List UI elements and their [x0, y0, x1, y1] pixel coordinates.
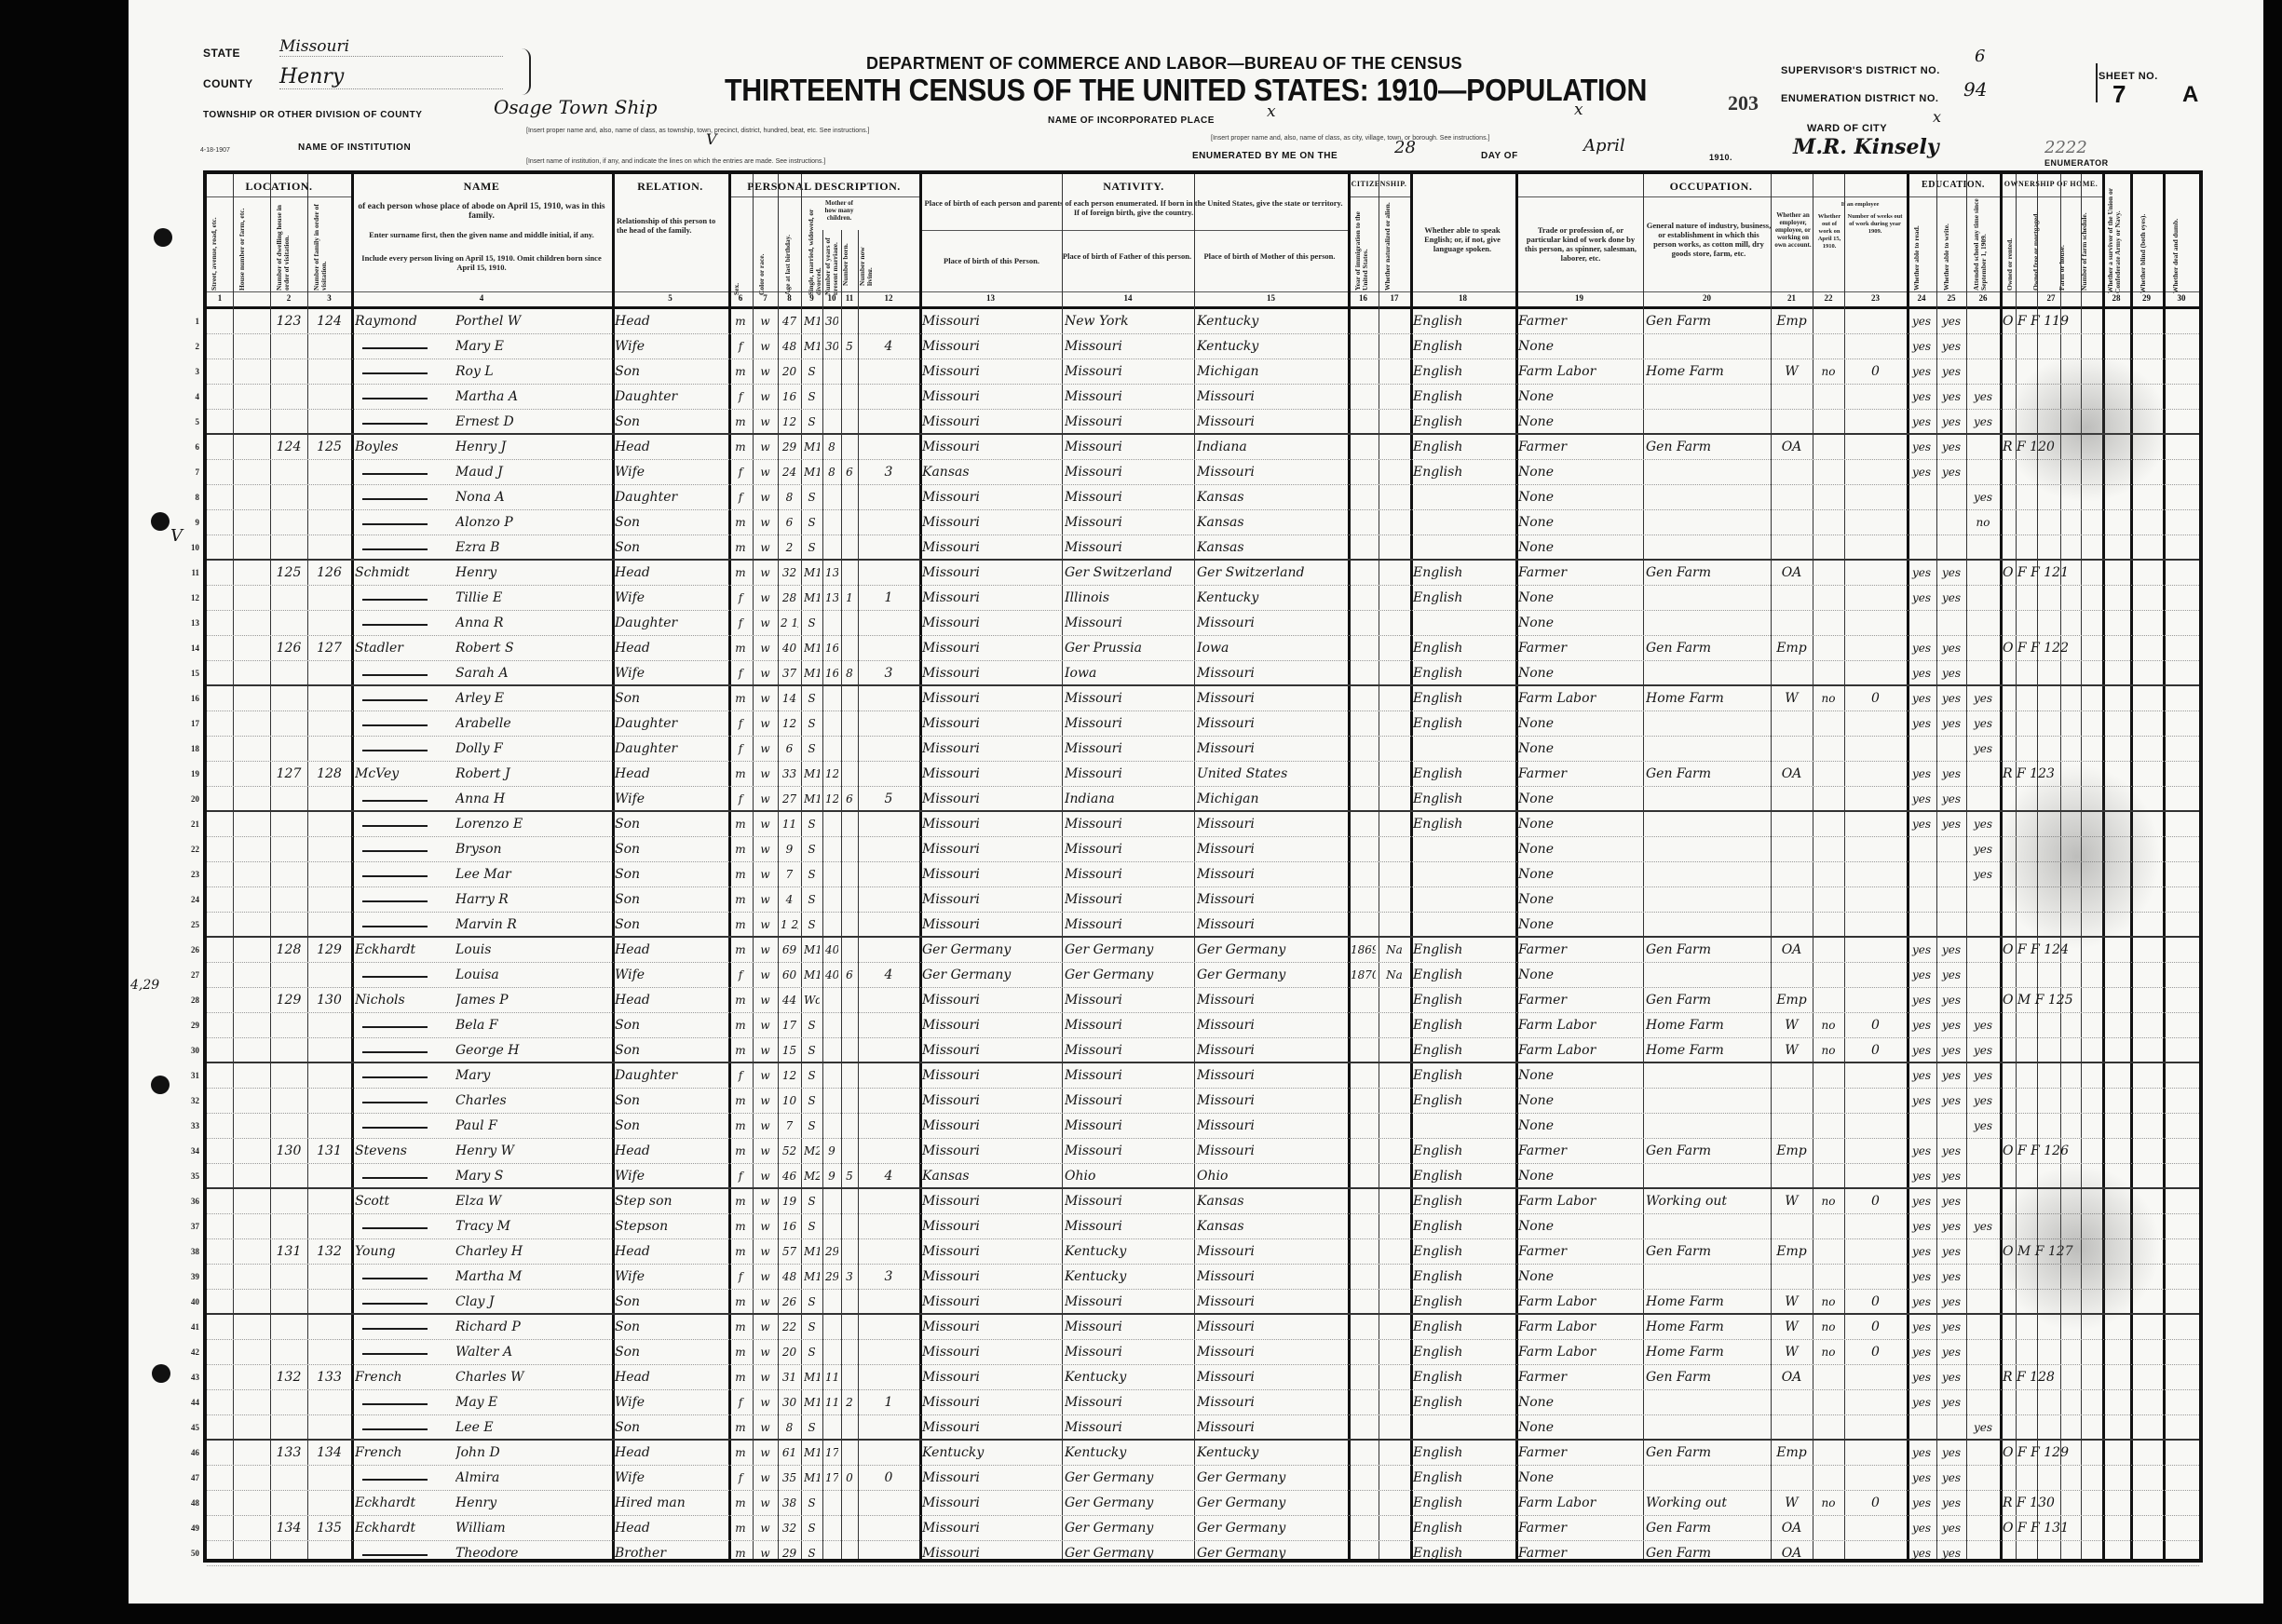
given-name: Nona A [455, 485, 609, 510]
cell-eng: English [1413, 410, 1513, 435]
cell-bf: Ger Switzerland [1065, 561, 1191, 586]
cell-race: w [755, 1415, 775, 1441]
cell-bm: Missouri [1197, 1265, 1345, 1290]
blind-header: Whether blind (both eyes). [2139, 182, 2158, 293]
table-row: 45Lee ESonmw8SMissouriMissouriMissouriNo… [207, 1415, 2199, 1441]
cell-bf: Kentucky [1065, 1265, 1191, 1290]
cell-age: 24 [781, 460, 798, 485]
cell-rel: Son [615, 1013, 726, 1038]
line-number: 21 [177, 812, 199, 837]
cell-rel: Son [615, 1315, 726, 1340]
cell-rd: yes [1909, 586, 1934, 611]
cell-bp: Missouri [922, 837, 1059, 862]
cell-mar: M1 [804, 586, 820, 611]
cell-trade: None [1518, 862, 1640, 887]
state-label: State [203, 47, 240, 60]
cell-rd: yes [1909, 988, 1934, 1013]
cell-age: 22 [781, 1315, 798, 1340]
cell-mar: S [804, 611, 820, 636]
punch-hole [152, 1364, 170, 1383]
cell-race: w [755, 1365, 775, 1390]
cell-bf: Ohio [1065, 1164, 1191, 1189]
cell-mar: S [804, 1415, 820, 1441]
cell-yrs: 29 [825, 1239, 838, 1265]
cell-trade: None [1518, 611, 1640, 636]
cell-eng: English [1413, 1516, 1513, 1541]
cell-dw: 123 [273, 309, 305, 334]
dwelling-number-header: Number of dwelling house in order of vis… [276, 197, 296, 291]
column-number: 20 [1643, 293, 1771, 303]
cell-age: 8 [781, 485, 798, 510]
line-number: 16 [177, 686, 199, 711]
cell-own: R F 130 [2003, 1491, 2099, 1516]
cell-race: w [755, 1516, 775, 1541]
cell-wr: yes [1939, 1038, 1963, 1063]
cell-bf: Missouri [1065, 762, 1191, 787]
cell-rel: Brother [615, 1541, 726, 1566]
ditto-dash [362, 599, 428, 601]
cell-age: 17 [781, 1013, 798, 1038]
cell-ind: Gen Farm [1646, 309, 1768, 334]
cell-wr: yes [1939, 1466, 1963, 1491]
cell-sex: m [731, 1038, 750, 1063]
cell-yrs: 8 [825, 435, 838, 460]
cell-sex: f [731, 1265, 750, 1290]
cell-ind: Gen Farm [1646, 762, 1768, 787]
column-number: 30 [2163, 293, 2200, 303]
incorporated-hint: [Insert proper name and, also, name of c… [1211, 135, 1489, 142]
line-number: 13 [177, 611, 199, 636]
cell-yrs: 16 [825, 636, 838, 661]
cell-race: w [755, 988, 775, 1013]
surname: Scott [355, 1189, 453, 1214]
cell-emp: Emp [1773, 309, 1810, 334]
cell-mar: S [804, 837, 820, 862]
cell-age: 16 [781, 1214, 798, 1239]
cell-sex: m [731, 1139, 750, 1164]
cell-sch: yes [1969, 1063, 1997, 1089]
cell-bp: Missouri [922, 334, 1059, 359]
cell-ind: Home Farm [1646, 1038, 1768, 1063]
cell-bm: Indiana [1197, 435, 1345, 460]
cell-rel: Daughter [615, 485, 726, 510]
cell-rd: yes [1909, 410, 1934, 435]
cell-bp: Missouri [922, 1089, 1059, 1114]
cell-mar: S [804, 535, 820, 561]
cell-bm: Kansas [1197, 1214, 1345, 1239]
cell-wr: yes [1939, 1214, 1963, 1239]
county-label: County [203, 77, 253, 90]
cell-fam: 135 [310, 1516, 348, 1541]
cell-trade: Farmer [1518, 561, 1640, 586]
ditto-dash [362, 523, 428, 525]
cell-emp: W [1773, 1315, 1810, 1340]
cell-sex: m [731, 862, 750, 887]
cell-rel: Daughter [615, 711, 726, 737]
cell-born: 1 [844, 586, 855, 611]
cell-fam: 131 [310, 1139, 348, 1164]
cell-sex: m [731, 1441, 750, 1466]
cell-bm: United States [1197, 762, 1345, 787]
cell-eng: English [1413, 1063, 1513, 1089]
institution-value: V [706, 130, 717, 148]
cell-fam: 134 [310, 1441, 348, 1466]
cell-race: w [755, 1189, 775, 1214]
cell-rd: yes [1909, 1265, 1934, 1290]
cell-bf: Missouri [1065, 1063, 1191, 1089]
cell-bf: Missouri [1065, 435, 1191, 460]
line-number: 44 [177, 1390, 199, 1415]
cell-age: 31 [781, 1365, 798, 1390]
cell-rd: yes [1909, 309, 1934, 334]
cell-sch [1969, 309, 1997, 334]
group-location: LOCATION. [207, 180, 351, 194]
cell-bf: Missouri [1065, 1038, 1191, 1063]
ditto-dash [362, 1554, 428, 1556]
cell-eng: English [1413, 762, 1513, 787]
cell-yrs: 11 [825, 1390, 838, 1415]
cell-sch: yes [1969, 737, 1997, 762]
ditto-dash [362, 1479, 428, 1481]
line-number: 42 [177, 1340, 199, 1365]
given-name: May E [455, 1390, 609, 1415]
column-number: 6 [728, 293, 753, 303]
cell-race: w [755, 661, 775, 686]
ditto-dash [362, 850, 428, 852]
cell-ind: Home Farm [1646, 1340, 1768, 1365]
cell-race: w [755, 837, 775, 862]
ditto-dash [362, 1051, 428, 1053]
given-name: Henry [455, 561, 609, 586]
enumerated-day: 28 [1394, 138, 1416, 157]
enumerated-month: April [1583, 136, 1625, 156]
cell-trade: Farm Labor [1518, 686, 1640, 711]
cell-fam: 133 [310, 1365, 348, 1390]
given-name: Henry W [455, 1139, 609, 1164]
line-number: 23 [177, 862, 199, 887]
cell-bm: Ohio [1197, 1164, 1345, 1189]
cell-bm: Missouri [1197, 1139, 1345, 1164]
cell-rel: Head [615, 1516, 726, 1541]
cell-liv: 0 [861, 1466, 917, 1491]
cell-emp: OA [1773, 1365, 1810, 1390]
group-nativity: NATIVITY. [919, 180, 1348, 194]
out-of-work-header: Whether out of work on April 15, 1910. [1815, 213, 1843, 250]
cell-sex: f [731, 611, 750, 636]
cell-race: w [755, 1063, 775, 1089]
cell-age: 44 [781, 988, 798, 1013]
cell-sex: f [731, 661, 750, 686]
cell-yrs: 8 [825, 460, 838, 485]
cell-wk: 0 [1847, 1315, 1904, 1340]
cell-bp: Missouri [922, 1139, 1059, 1164]
form-code: 4-18-1907 [200, 147, 230, 154]
free-mortgaged-header: Owned free or mortgaged. [2032, 197, 2047, 291]
cell-bp: Missouri [922, 1013, 1059, 1038]
employer-header: Whether an employer, employee, or workin… [1774, 211, 1812, 249]
cell-bp: Missouri [922, 611, 1059, 636]
sheet-divider [2096, 63, 2098, 102]
census-rows: 1123124RaymondPorthel WHeadmw47M130Misso… [207, 309, 2199, 1559]
given-name: Harry R [455, 887, 609, 913]
table-row: 32CharlesSonmw10SMissouriMissouriMissour… [207, 1089, 2199, 1114]
cell-age: 6 [781, 737, 798, 762]
cell-rd: yes [1909, 1089, 1934, 1114]
line-number: 35 [177, 1164, 199, 1189]
cell-eng: English [1413, 1189, 1513, 1214]
cell-rel: Son [615, 1089, 726, 1114]
column-number: 26 [1966, 293, 2000, 303]
cell-bm: Kentucky [1197, 309, 1345, 334]
cell-race: w [755, 1139, 775, 1164]
cell-wr: yes [1939, 1340, 1963, 1365]
cell-sex: m [731, 988, 750, 1013]
cell-rel: Son [615, 887, 726, 913]
cell-trade: Farmer [1518, 309, 1640, 334]
cell-ind: Gen Farm [1646, 988, 1768, 1013]
cell-wr: yes [1939, 359, 1963, 385]
cell-rd: yes [1909, 1491, 1934, 1516]
nativity-description: Place of birth of each person and parent… [924, 198, 1343, 217]
cell-bm: Iowa [1197, 636, 1345, 661]
cell-bp: Missouri [922, 1239, 1059, 1265]
cell-liv: 3 [861, 460, 917, 485]
cell-sex: f [731, 1164, 750, 1189]
cell-age: 27 [781, 787, 798, 812]
cell-sex: m [731, 1290, 750, 1315]
cell-trade: None [1518, 1164, 1640, 1189]
cell-sex: m [731, 510, 750, 535]
cell-race: w [755, 1239, 775, 1265]
cell-ind: Gen Farm [1646, 1239, 1768, 1265]
cell-sex: f [731, 1390, 750, 1415]
cell-rel: Head [615, 1139, 726, 1164]
table-row: 15Sarah AWifefw37M11683MissouriIowaMisso… [207, 661, 2199, 686]
cell-ow: no [1815, 1038, 1841, 1063]
cell-emp: W [1773, 1340, 1810, 1365]
table-row: 25Marvin RSonmw1 2/12SMissouriMissouriMi… [207, 913, 2199, 938]
cell-liv: 4 [861, 963, 917, 988]
cell-wr: yes [1939, 686, 1963, 711]
given-name: Bryson [455, 837, 609, 862]
cell-trade: None [1518, 410, 1640, 435]
line-number: 10 [177, 535, 199, 561]
cell-ow: no [1815, 359, 1841, 385]
given-name: Roy L [455, 359, 609, 385]
given-name: Marvin R [455, 913, 609, 938]
cell-race: w [755, 1340, 775, 1365]
table-row: 33Paul FSonmw7SMissouriMissouriMissouriN… [207, 1114, 2199, 1139]
cell-wr: yes [1939, 1063, 1963, 1089]
cell-sex: m [731, 887, 750, 913]
given-name: Henry [455, 1491, 609, 1516]
cell-sex: f [731, 963, 750, 988]
years-married-header: Number of years of present marriage. [824, 230, 837, 295]
cell-ow: no [1815, 1189, 1841, 1214]
cell-rel: Wife [615, 1265, 726, 1290]
table-row: 23Lee MarSonmw7SMissouriMissouriMissouri… [207, 862, 2199, 887]
cell-wr: yes [1939, 410, 1963, 435]
cell-trade: Farm Labor [1518, 359, 1640, 385]
table-row: 10Ezra BSonmw2SMissouriMissouriKansasNon… [207, 535, 2199, 561]
cell-rd: yes [1909, 963, 1934, 988]
cell-bf: Missouri [1065, 737, 1191, 762]
cell-rel: Stepson [615, 1214, 726, 1239]
cell-mar: S [804, 1189, 820, 1214]
table-row: 26128129EckhardtLouisHeadmw69M140Ger Ger… [207, 938, 2199, 963]
cell-born: 3 [844, 1265, 855, 1290]
cell-mar: S [804, 1340, 820, 1365]
cell-ind: Home Farm [1646, 1013, 1768, 1038]
birth-person-header: Place of birth of this Person. [924, 256, 1059, 265]
cell-rel: Head [615, 636, 726, 661]
cell-bp: Missouri [922, 485, 1059, 510]
cell-rd: yes [1909, 1290, 1934, 1315]
ditto-dash [362, 624, 428, 626]
line-number: 40 [177, 1290, 199, 1315]
cell-age: 38 [781, 1491, 798, 1516]
ditto-dash [362, 1328, 428, 1330]
cell-bp: Missouri [922, 762, 1059, 787]
cell-rel: Son [615, 510, 726, 535]
cell-bp: Missouri [922, 1390, 1059, 1415]
cell-dw: 134 [273, 1516, 305, 1541]
cell-own: O F F 129 [2003, 1441, 2099, 1466]
line-number: 18 [177, 737, 199, 762]
cell-sch: yes [1969, 385, 1997, 410]
cell-age: 48 [781, 334, 798, 359]
cell-sch: yes [1969, 711, 1997, 737]
ditto-dash [362, 699, 428, 701]
cell-rel: Wife [615, 334, 726, 359]
line-number: 47 [177, 1466, 199, 1491]
cell-yrs: 29 [825, 1265, 838, 1290]
cell-bm: Kansas [1197, 485, 1345, 510]
cell-eng: English [1413, 385, 1513, 410]
birth-mother-header: Place of birth of Mother of this person. [1196, 251, 1343, 261]
cell-sex: m [731, 309, 750, 334]
cell-rel: Son [615, 359, 726, 385]
cell-bp: Missouri [922, 1038, 1059, 1063]
cell-trade: None [1518, 385, 1640, 410]
given-name: Lee Mar [455, 862, 609, 887]
cell-eng: English [1413, 812, 1513, 837]
line-number: 9 [177, 510, 199, 535]
cell-race: w [755, 561, 775, 586]
cell-wr: yes [1939, 1390, 1963, 1415]
cell-trade: Farmer [1518, 762, 1640, 787]
cell-yrs: 12 [825, 762, 838, 787]
cell-ind: Gen Farm [1646, 636, 1768, 661]
given-name: Paul F [455, 1114, 609, 1139]
cell-trade: Farmer [1518, 1516, 1640, 1541]
table-row: 49134135EckhardtWilliamHeadmw32SMissouri… [207, 1516, 2199, 1541]
line-number: 20 [177, 787, 199, 812]
cell-race: w [755, 359, 775, 385]
cell-trade: Farm Labor [1518, 1038, 1640, 1063]
cell-bf: Missouri [1065, 988, 1191, 1013]
cell-wr: yes [1939, 561, 1963, 586]
cell-mar: S [804, 1013, 820, 1038]
cell-rd: yes [1909, 1516, 1934, 1541]
given-name: Martha M [455, 1265, 609, 1290]
cell-mar: M1 [804, 787, 820, 812]
given-name: George H [455, 1038, 609, 1063]
cell-mar: S [804, 1541, 820, 1566]
cell-sex: m [731, 1214, 750, 1239]
line-number: 14 [177, 636, 199, 661]
cell-bm: Missouri [1197, 1290, 1345, 1315]
cell-dw: 133 [273, 1441, 305, 1466]
cell-born: 6 [844, 963, 855, 988]
cell-eng: English [1413, 686, 1513, 711]
cell-rel: Head [615, 938, 726, 963]
cell-rel: Daughter [615, 385, 726, 410]
line-number: 41 [177, 1315, 199, 1340]
cell-sex: m [731, 435, 750, 460]
cell-bp: Missouri [922, 1466, 1059, 1491]
cell-wr: yes [1939, 1541, 1963, 1566]
cell-age: 46 [781, 1164, 798, 1189]
cell-liv: 5 [861, 787, 917, 812]
cell-age: 69 [781, 938, 798, 963]
cell-wk: 0 [1847, 1290, 1904, 1315]
table-row: 17ArabelleDaughterfw12SMissouriMissouriM… [207, 711, 2199, 737]
cell-bm: Ger Germany [1197, 1491, 1345, 1516]
given-name: Tillie E [455, 586, 609, 611]
cell-eng: English [1413, 963, 1513, 988]
line-number: 11 [177, 561, 199, 586]
cell-race: w [755, 460, 775, 485]
cell-bm: Missouri [1197, 410, 1345, 435]
cell-wr: yes [1939, 938, 1963, 963]
cell-mar: M1 [804, 309, 820, 334]
cell-age: 61 [781, 1441, 798, 1466]
cell-yrs: 13 [825, 561, 838, 586]
school-header: Attended school any time since September… [1973, 197, 1991, 291]
cell-bp: Kentucky [922, 1441, 1059, 1466]
cell-fam: 130 [310, 988, 348, 1013]
cell-nat: Na [1381, 938, 1407, 963]
ditto-dash [362, 347, 428, 349]
cell-own: R F 128 [2003, 1365, 2099, 1390]
cell-liv: 4 [861, 1164, 917, 1189]
cell-rel: Son [615, 1290, 726, 1315]
surname: Schmidt [355, 561, 453, 586]
punch-hole [151, 1076, 170, 1094]
cell-sex: f [731, 711, 750, 737]
cell-eng: English [1413, 1139, 1513, 1164]
cell-rd: yes [1909, 334, 1934, 359]
cell-age: 14 [781, 686, 798, 711]
cell-bm: Kansas [1197, 510, 1345, 535]
cell-age: 2 1/2 [781, 611, 798, 636]
cell-ind: Home Farm [1646, 1315, 1768, 1340]
cell-race: w [755, 309, 775, 334]
given-name: Henry J [455, 435, 609, 460]
table-row: 5Ernest DSonmw12SMissouriMissouriMissour… [207, 410, 2199, 435]
cell-age: 7 [781, 862, 798, 887]
table-row: 35Mary SWifefw46M2954KansasOhioOhioEngli… [207, 1164, 2199, 1189]
column-number: 1 [207, 293, 233, 303]
cell-yrs: 30 [825, 309, 838, 334]
cell-bf: Missouri [1065, 913, 1191, 938]
given-name: John D [455, 1441, 609, 1466]
cell-fam: 125 [310, 435, 348, 460]
table-row: 36ScottElza WStep sonmw19SMissouriMissou… [207, 1189, 2199, 1214]
cell-bm: Missouri [1197, 711, 1345, 737]
cell-rd: yes [1909, 938, 1934, 963]
